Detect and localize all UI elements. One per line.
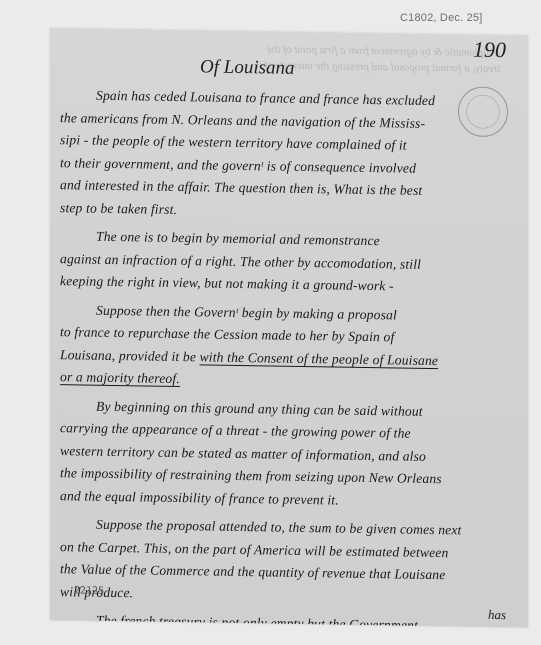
accession-number: 22125 (74, 585, 104, 596)
bleed-line: a diplomatic & by agreement from a first… (120, 39, 500, 61)
bleed-line: treaty, a formal proposal and pressing t… (120, 55, 500, 77)
page-title: Of Louisana (200, 56, 295, 79)
manuscript-page: a diplomatic & by agreement from a first… (50, 28, 528, 628)
text-line: The french treasury is not only empty bu… (60, 609, 522, 627)
folio-number: 190 (473, 37, 506, 64)
manuscript-body: Spain has ceded Louisana to france and f… (60, 84, 522, 627)
catchword: has (488, 607, 506, 623)
text-segment: Louisana, provided it be (60, 347, 196, 364)
underlined-phrase: with the Consent of the people of Louisa… (200, 349, 439, 368)
catalog-date-note: C1802, Dec. 25] (400, 12, 483, 24)
bleed-through-text: a diplomatic & by agreement from a first… (120, 39, 500, 77)
